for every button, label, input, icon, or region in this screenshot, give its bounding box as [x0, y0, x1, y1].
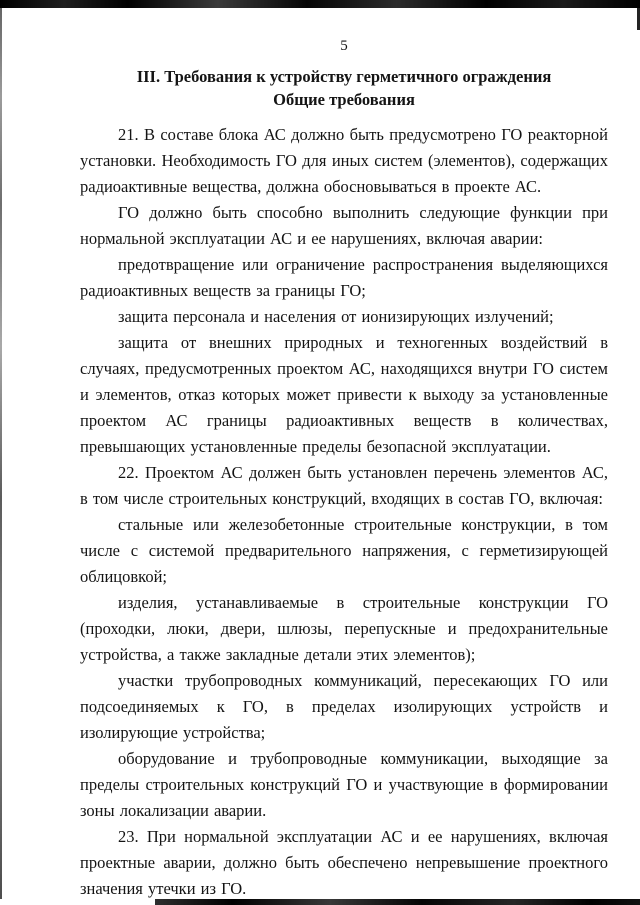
page-content: 5 III. Требования к устройству герметичн… [80, 36, 608, 902]
scan-artifact-left-edge [0, 8, 2, 899]
paragraph-22: 22. Проектом АС должен быть установлен п… [80, 460, 608, 512]
paragraph-function-protection-personnel: защита персонала и населения от ионизиру… [80, 304, 608, 330]
paragraph-function-external-impacts: защита от внешних природных и техногенны… [80, 330, 608, 460]
section-heading: III. Требования к устройству герметичног… [80, 65, 608, 111]
paragraph-21-functions-intro: ГО должно быть способно выполнить следую… [80, 200, 608, 252]
page-number: 5 [80, 36, 608, 56]
paragraph-21: 21. В составе блока АС должно быть преду… [80, 122, 608, 200]
document-page: 5 III. Требования к устройству герметичн… [0, 0, 640, 905]
scan-artifact-top [0, 0, 640, 8]
section-heading-line-1: III. Требования к устройству герметичног… [80, 65, 608, 88]
paragraph-22-item-equipment: оборудование и трубопроводные коммуникац… [80, 746, 608, 824]
section-heading-line-2: Общие требования [80, 88, 608, 111]
paragraph-23: 23. При нормальной эксплуатации АС и ее … [80, 824, 608, 902]
paragraph-22-item-embedded-products: изделия, устанавливаемые в строительные … [80, 590, 608, 668]
paragraph-22-item-piping-sections: участки трубопроводных коммуникаций, пер… [80, 668, 608, 746]
body-text: 21. В составе блока АС должно быть преду… [80, 122, 608, 902]
scan-artifact-bottom [155, 899, 640, 905]
paragraph-function-containment: предотвращение или ограничение распростр… [80, 252, 608, 304]
paragraph-22-item-structures: стальные или железобетонные строительные… [80, 512, 608, 590]
